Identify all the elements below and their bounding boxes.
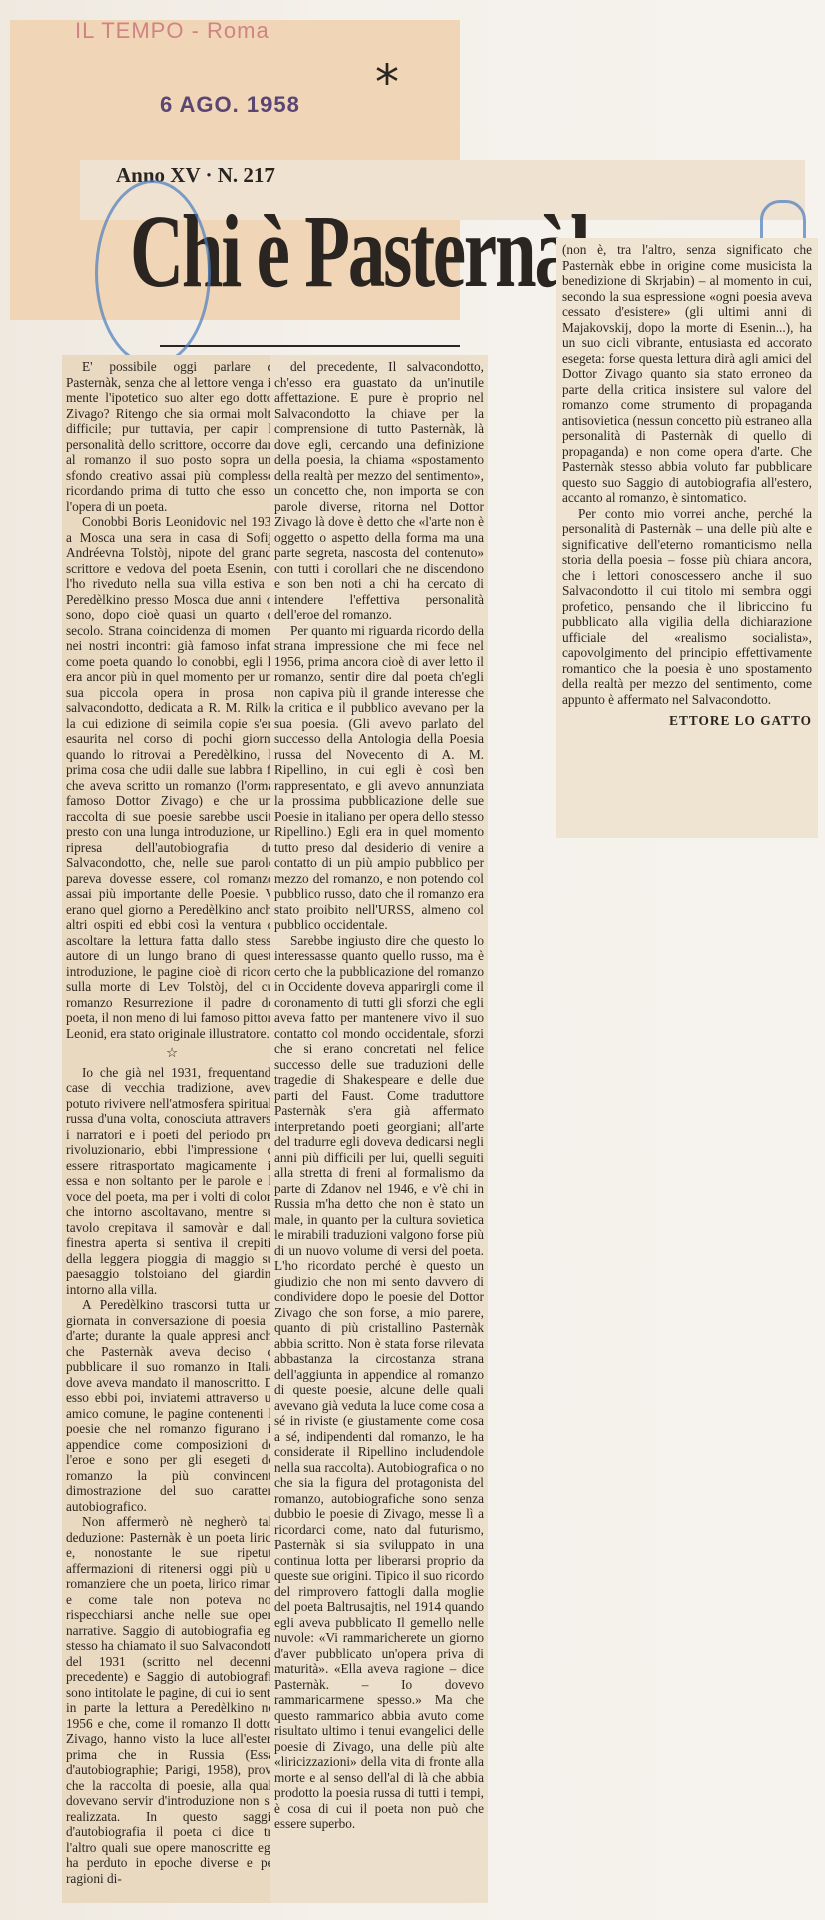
author-signature: ETTORE LO GATTO — [562, 713, 812, 729]
star-ornament-icon: ☆ — [66, 1045, 278, 1061]
paragraph: E' possibile oggi parlare di Pasternàk, … — [66, 359, 278, 514]
paragraph: A Peredèlkino trascorsi tutta una giorna… — [66, 1297, 278, 1514]
article-column-3: (non è, tra l'altro, senza significato c… — [556, 238, 818, 838]
paragraph: Io che già nel 1931, frequentando case d… — [66, 1065, 278, 1298]
newspaper-stamp: IL TEMPO - Roma — [75, 18, 270, 44]
paragraph: (non è, tra l'altro, senza significato c… — [562, 242, 812, 506]
article-column-2: del precedente, Il salvacondotto, ch'ess… — [270, 355, 488, 1903]
date-stamp: 6 AGO. 1958 — [160, 92, 300, 118]
paragraph: Per quanto mi riguarda ricordo della str… — [274, 623, 484, 933]
pen-mark — [95, 180, 211, 366]
paragraph: Sarebbe ingiusto dire che questo lo inte… — [274, 933, 484, 1832]
paragraph: Per conto mio vorrei anche, perché la pe… — [562, 506, 812, 708]
paragraph: Non affermerò nè negherò tale deduzione:… — [66, 1514, 278, 1886]
headline-rule — [160, 345, 460, 347]
paragraph: del precedente, Il salvacondotto, ch'ess… — [274, 359, 484, 623]
asterisk-icon: * — [375, 55, 399, 111]
paragraph: Conobbi Boris Leonidovic nel 1931 a Mosc… — [66, 514, 278, 1041]
article-column-1: E' possibile oggi parlare di Pasternàk, … — [62, 355, 282, 1903]
